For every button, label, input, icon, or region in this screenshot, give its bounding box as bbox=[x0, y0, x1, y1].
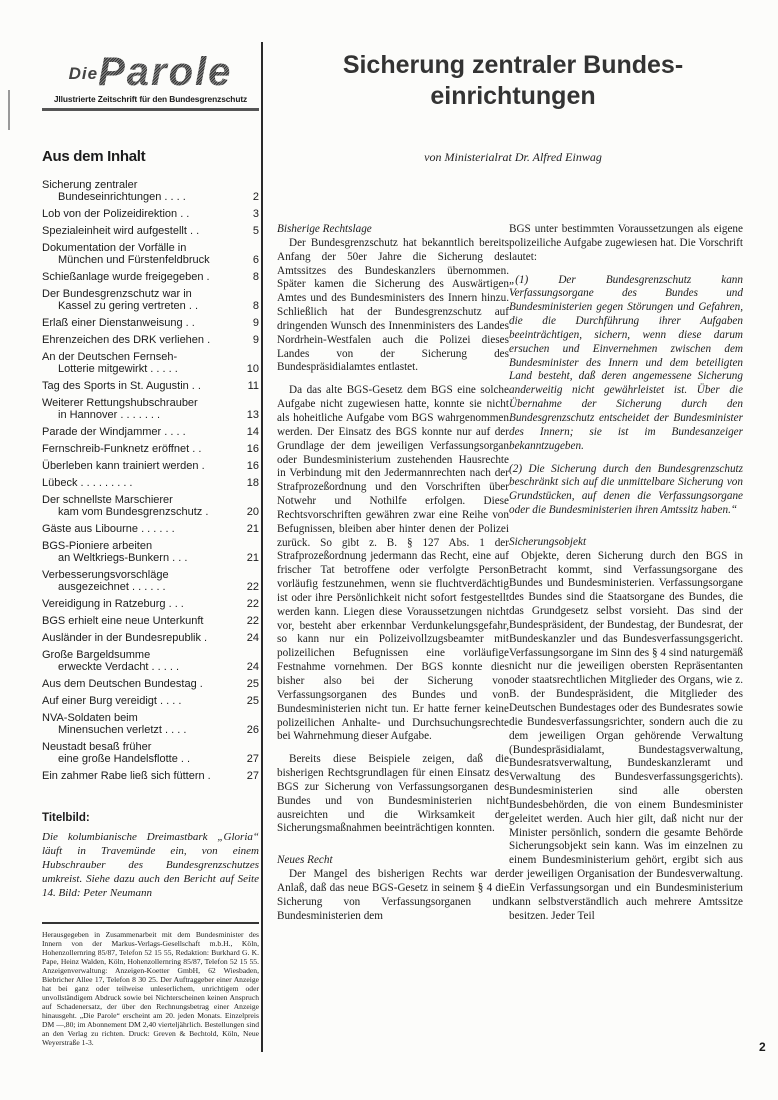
headline-line-1: Sicherung zentraler Bundes- bbox=[343, 51, 683, 79]
toc-item[interactable]: NVA-Soldaten beimMinensuchen verletzt . … bbox=[42, 712, 259, 736]
toc-item-line: Schießanlage wurde freigegeben . bbox=[42, 271, 210, 283]
imprint: Herausgegeben in Zusammenarbeit mit dem … bbox=[42, 930, 259, 1047]
toc-item[interactable]: Gäste aus Libourne . . . . . .21 bbox=[42, 523, 259, 535]
cover-caption: Die kolumbianische Dreimastbark „Gloria“… bbox=[42, 830, 259, 900]
imprint-divider bbox=[42, 922, 259, 924]
toc-item-line: Fernschreib-Funknetz eröffnet . . bbox=[42, 443, 201, 455]
masthead-logo: DieParole bbox=[42, 52, 259, 92]
column-divider bbox=[261, 42, 263, 1052]
toc-item-line: Sicherung zentraler bbox=[42, 179, 137, 191]
toc-item[interactable]: Weiterer Rettungshubschrauberin Hannover… bbox=[42, 397, 259, 421]
toc-item-line: Verbesserungsvorschläge bbox=[42, 569, 169, 581]
toc-item-title: Ausländer in der Bundesrepublik . bbox=[42, 632, 239, 644]
toc-item-title: BGS-Pioniere arbeitenan Weltkriegs-Bunke… bbox=[42, 540, 239, 564]
toc-item[interactable]: Fernschreib-Funknetz eröffnet . .16 bbox=[42, 443, 259, 455]
toc-item-page: 25 bbox=[239, 695, 259, 707]
toc-item-page: 14 bbox=[239, 426, 259, 438]
toc-item-page: 9 bbox=[239, 317, 259, 329]
toc-item[interactable]: Verbesserungsvorschlägeausgezeichnet . .… bbox=[42, 569, 259, 593]
toc-item-title: Der schnellste Marschiererkam vom Bundes… bbox=[42, 494, 239, 518]
toc-title: Aus dem Inhalt bbox=[42, 148, 259, 165]
article-byline: von Ministerialrat Dr. Alfred Einwag bbox=[278, 150, 748, 165]
toc-item[interactable]: Ein zahmer Rabe ließ sich füttern .27 bbox=[42, 770, 259, 782]
toc-item-line: Vereidigung in Ratzeburg . . . bbox=[42, 598, 184, 610]
toc-item-line: eine große Handelsflotte . . bbox=[42, 753, 239, 765]
magazine-page: DieParole Jllustrierte Zeitschrift für d… bbox=[0, 0, 778, 1100]
toc-item-line: Überleben kann trainiert werden . bbox=[42, 460, 205, 472]
toc-item[interactable]: Dokumentation der Vorfälle inMünchen und… bbox=[42, 242, 259, 266]
toc-item-title: Ehrenzeichen des DRK verliehen . bbox=[42, 334, 239, 346]
toc-item[interactable]: Erlaß einer Dienstanweisung . .9 bbox=[42, 317, 259, 329]
toc-item-title: Neustadt besaß frühereine große Handelsf… bbox=[42, 741, 239, 765]
toc-item-title: Tag des Sports in St. Augustin . . bbox=[42, 380, 239, 392]
toc-item-title: Fernschreib-Funknetz eröffnet . . bbox=[42, 443, 239, 455]
paragraph: Objekte, deren Sicherung durch den BGS i… bbox=[509, 550, 743, 924]
toc-item-title: Dokumentation der Vorfälle inMünchen und… bbox=[42, 242, 239, 266]
toc-item[interactable]: Aus dem Deutschen Bundestag .25 bbox=[42, 678, 259, 690]
toc-item-page: 3 bbox=[239, 208, 259, 220]
toc-item-line: Weiterer Rettungshubschrauber bbox=[42, 397, 198, 409]
toc-item-line: Erlaß einer Dienstanweisung . . bbox=[42, 317, 195, 329]
table-of-contents: Sicherung zentralerBundeseinrichtungen .… bbox=[42, 179, 259, 782]
toc-item-title: Der Bundesgrenzschutz war inKassel zu ge… bbox=[42, 288, 239, 312]
toc-item-page: 20 bbox=[239, 506, 259, 518]
toc-item-line: Lotterie mitgewirkt . . . . . bbox=[42, 363, 239, 375]
section-heading: Neues Recht bbox=[277, 854, 509, 868]
cover-caption-heading: Titelbild: bbox=[42, 812, 259, 824]
toc-item-line: BGS erhielt eine neue Unterkunft bbox=[42, 615, 203, 627]
toc-item-page: 18 bbox=[239, 477, 259, 489]
toc-item-line: An der Deutschen Fernseh- bbox=[42, 351, 177, 363]
toc-item-line: Spezialeinheit wird aufgestellt . . bbox=[42, 225, 199, 237]
toc-item-line: NVA-Soldaten beim bbox=[42, 712, 138, 724]
toc-item-line: Neustadt besaß früher bbox=[42, 741, 151, 753]
toc-item-line: Auf einer Burg vereidigt . . . . bbox=[42, 695, 181, 707]
toc-item-line: Ein zahmer Rabe ließ sich füttern . bbox=[42, 770, 211, 782]
paragraph: Der Mangel des bisherigen Rechts war der… bbox=[277, 868, 509, 923]
toc-item[interactable]: Große Bargeldsummeerweckte Verdacht . . … bbox=[42, 649, 259, 673]
law-quote: (2) Die Sicherung durch den Bundesgrenzs… bbox=[509, 463, 743, 518]
article-column-1: Bisherige Rechtslage Der Bundesgrenzschu… bbox=[277, 223, 509, 924]
toc-item[interactable]: An der Deutschen Fernseh-Lotterie mitgew… bbox=[42, 351, 259, 375]
article-headline: Sicherung zentraler Bundes- einrichtunge… bbox=[278, 50, 748, 112]
toc-item-title: Auf einer Burg vereidigt . . . . bbox=[42, 695, 239, 707]
toc-item-title: Aus dem Deutschen Bundestag . bbox=[42, 678, 239, 690]
toc-item-line: Ausländer in der Bundesrepublik . bbox=[42, 632, 207, 644]
toc-item-page: 13 bbox=[239, 409, 259, 421]
toc-item[interactable]: Ehrenzeichen des DRK verliehen .9 bbox=[42, 334, 259, 346]
toc-item[interactable]: Schießanlage wurde freigegeben .8 bbox=[42, 271, 259, 283]
logo-main: Parole bbox=[98, 50, 232, 94]
toc-item[interactable]: Vereidigung in Ratzeburg . . .22 bbox=[42, 598, 259, 610]
toc-item-page: 21 bbox=[239, 552, 259, 564]
toc-item-title: Überleben kann trainiert werden . bbox=[42, 460, 239, 472]
toc-item-line: Lübeck . . . . . . . . . bbox=[42, 477, 132, 489]
toc-item-line: Gäste aus Libourne . . . . . . bbox=[42, 523, 175, 535]
toc-item[interactable]: Überleben kann trainiert werden .16 bbox=[42, 460, 259, 472]
toc-item-page: 10 bbox=[239, 363, 259, 375]
toc-item-page: 22 bbox=[239, 615, 259, 627]
toc-item-title: Verbesserungsvorschlägeausgezeichnet . .… bbox=[42, 569, 239, 593]
toc-item[interactable]: Parade der Windjammer . . . .14 bbox=[42, 426, 259, 438]
toc-item[interactable]: Tag des Sports in St. Augustin . .11 bbox=[42, 380, 259, 392]
toc-item-line: ausgezeichnet . . . . . . bbox=[42, 581, 239, 593]
toc-item[interactable]: Neustadt besaß frühereine große Handelsf… bbox=[42, 741, 259, 765]
toc-item-line: kam vom Bundesgrenzschutz . bbox=[42, 506, 239, 518]
toc-item[interactable]: Auf einer Burg vereidigt . . . .25 bbox=[42, 695, 259, 707]
toc-item[interactable]: BGS erhielt eine neue Unterkunft22 bbox=[42, 615, 259, 627]
toc-item-page: 27 bbox=[239, 753, 259, 765]
toc-item-line: Ehrenzeichen des DRK verliehen . bbox=[42, 334, 210, 346]
page-number: 2 bbox=[759, 1040, 766, 1054]
toc-item-page: 8 bbox=[239, 300, 259, 312]
toc-item-page: 16 bbox=[239, 460, 259, 472]
section-heading: Bisherige Rechtslage bbox=[277, 223, 509, 237]
toc-item-title: Lob von der Polizeidirektion . . bbox=[42, 208, 239, 220]
masthead: DieParole Jllustrierte Zeitschrift für d… bbox=[42, 52, 259, 111]
toc-item[interactable]: Der Bundesgrenzschutz war inKassel zu ge… bbox=[42, 288, 259, 312]
toc-item-line: erweckte Verdacht . . . . . bbox=[42, 661, 239, 673]
sidebar: DieParole Jllustrierte Zeitschrift für d… bbox=[42, 52, 259, 1047]
toc-item-line: Dokumentation der Vorfälle in bbox=[42, 242, 186, 254]
toc-item-page: 2 bbox=[239, 191, 259, 203]
toc-item-line: Große Bargeldsumme bbox=[42, 649, 150, 661]
toc-item-line: Der schnellste Marschierer bbox=[42, 494, 173, 506]
toc-item-page: 27 bbox=[239, 770, 259, 782]
paragraph: Bereits diese Beispiele zeigen, daß die … bbox=[277, 753, 509, 836]
toc-item-line: BGS-Pioniere arbeiten bbox=[42, 540, 152, 552]
toc-item[interactable]: Spezialeinheit wird aufgestellt . .5 bbox=[42, 225, 259, 237]
toc-item-line: Bundeseinrichtungen . . . . bbox=[42, 191, 239, 203]
toc-item-title: Ein zahmer Rabe ließ sich füttern . bbox=[42, 770, 239, 782]
paragraph: Da das alte BGS-Gesetz dem BGS eine solc… bbox=[277, 384, 509, 744]
masthead-rule bbox=[42, 108, 259, 111]
toc-item[interactable]: Der schnellste Marschiererkam vom Bundes… bbox=[42, 494, 259, 518]
toc-item-page: 16 bbox=[239, 443, 259, 455]
toc-item-title: Sicherung zentralerBundeseinrichtungen .… bbox=[42, 179, 239, 203]
toc-item-title: BGS erhielt eine neue Unterkunft bbox=[42, 615, 239, 627]
article-column-2: BGS unter bestimmten Voraussetzungen als… bbox=[509, 223, 743, 924]
toc-item-line: Minensuchen verletzt . . . . bbox=[42, 724, 239, 736]
toc-item-line: Aus dem Deutschen Bundestag . bbox=[42, 678, 203, 690]
toc-item-page: 11 bbox=[239, 380, 259, 392]
toc-item-page: 8 bbox=[239, 271, 259, 283]
toc-item-page: 21 bbox=[239, 523, 259, 535]
toc-item-line: Tag des Sports in St. Augustin . . bbox=[42, 380, 201, 392]
section-heading: Sicherungsobjekt bbox=[509, 536, 743, 550]
toc-item-page: 26 bbox=[239, 724, 259, 736]
toc-item-line: München und Fürstenfeldbruck bbox=[42, 254, 239, 266]
toc-item-title: NVA-Soldaten beimMinensuchen verletzt . … bbox=[42, 712, 239, 736]
toc-item-line: Der Bundesgrenzschutz war in bbox=[42, 288, 192, 300]
toc-item-title: Gäste aus Libourne . . . . . . bbox=[42, 523, 239, 535]
toc-item-line: Lob von der Polizeidirektion . . bbox=[42, 208, 189, 220]
paragraph: Der Bundesgrenzschutz hat bekanntlich be… bbox=[277, 237, 509, 375]
toc-item-title: Parade der Windjammer . . . . bbox=[42, 426, 239, 438]
toc-item[interactable]: Ausländer in der Bundesrepublik .24 bbox=[42, 632, 259, 644]
logo-prefix: Die bbox=[69, 64, 98, 83]
toc-item-title: Große Bargeldsummeerweckte Verdacht . . … bbox=[42, 649, 239, 673]
toc-item-page: 25 bbox=[239, 678, 259, 690]
toc-item-page: 22 bbox=[239, 598, 259, 610]
headline-line-2: einrichtungen bbox=[430, 82, 595, 110]
scan-margin-mark bbox=[8, 90, 10, 130]
toc-item-page: 22 bbox=[239, 581, 259, 593]
toc-item-line: Kassel zu gering vertreten . . bbox=[42, 300, 239, 312]
toc-item-title: Lübeck . . . . . . . . . bbox=[42, 477, 239, 489]
toc-item-title: Vereidigung in Ratzeburg . . . bbox=[42, 598, 239, 610]
toc-item[interactable]: BGS-Pioniere arbeitenan Weltkriegs-Bunke… bbox=[42, 540, 259, 564]
toc-item-page: 5 bbox=[239, 225, 259, 237]
toc-item[interactable]: Lob von der Polizeidirektion . .3 bbox=[42, 208, 259, 220]
toc-item-title: Spezialeinheit wird aufgestellt . . bbox=[42, 225, 239, 237]
toc-item-title: An der Deutschen Fernseh-Lotterie mitgew… bbox=[42, 351, 239, 375]
paragraph: BGS unter bestimmten Voraussetzungen als… bbox=[509, 223, 743, 265]
toc-item[interactable]: Sicherung zentralerBundeseinrichtungen .… bbox=[42, 179, 259, 203]
toc-item-title: Erlaß einer Dienstanweisung . . bbox=[42, 317, 239, 329]
toc-item-page: 9 bbox=[239, 334, 259, 346]
toc-item[interactable]: Lübeck . . . . . . . . .18 bbox=[42, 477, 259, 489]
toc-item-page: 24 bbox=[239, 632, 259, 644]
toc-item-line: an Weltkriegs-Bunkern . . . bbox=[42, 552, 239, 564]
toc-item-line: Parade der Windjammer . . . . bbox=[42, 426, 186, 438]
toc-item-line: in Hannover . . . . . . . bbox=[42, 409, 239, 421]
toc-item-title: Schießanlage wurde freigegeben . bbox=[42, 271, 239, 283]
toc-item-page: 24 bbox=[239, 661, 259, 673]
law-quote: „(1) Der Bundesgrenzschutz kann Verfassu… bbox=[509, 274, 743, 454]
toc-item-page: 6 bbox=[239, 254, 259, 266]
toc-item-title: Weiterer Rettungshubschrauberin Hannover… bbox=[42, 397, 239, 421]
masthead-tagline: Jllustrierte Zeitschrift für den Bundesg… bbox=[42, 94, 259, 104]
